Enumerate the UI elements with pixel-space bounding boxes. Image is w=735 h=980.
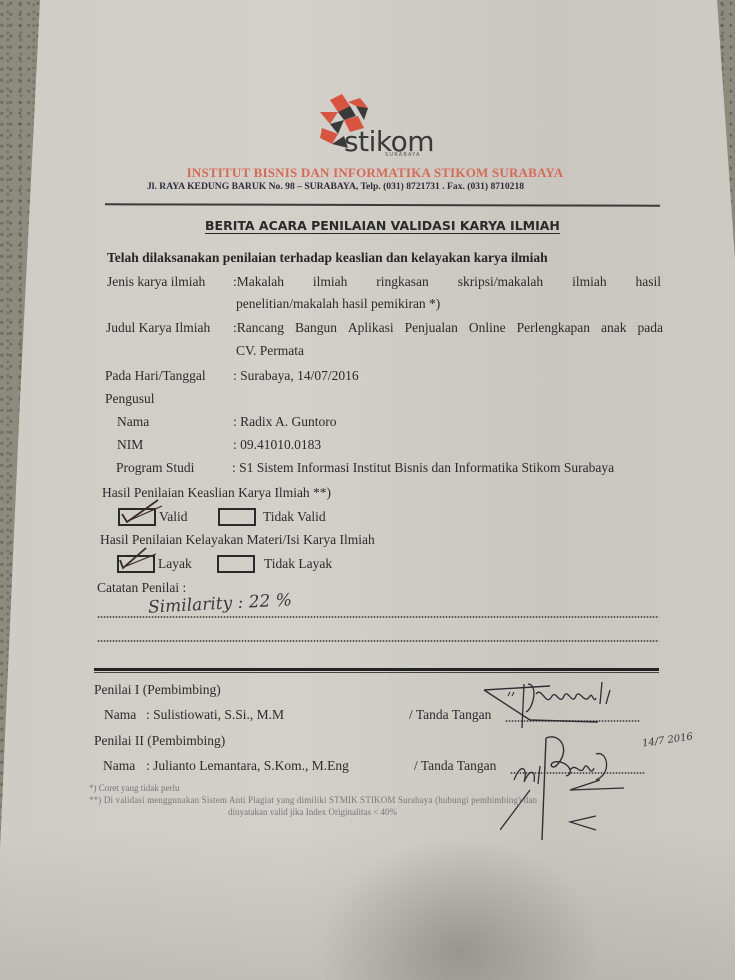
- nim-value: : 09.41010.0183: [233, 437, 321, 453]
- option-valid-label: Valid: [159, 509, 188, 525]
- section-divider: [94, 668, 659, 673]
- value-word: ringkasan: [376, 274, 428, 290]
- pengusul-label: Pengusul: [105, 391, 155, 407]
- institution-address: Jl. RAYA KEDUNG BARUK No. 98 – SURABAYA,…: [147, 181, 524, 192]
- logo-subtitle: SURABAYA: [385, 152, 421, 158]
- keaslian-label: Hasil Penilaian Keaslian Karya Ilmiah **…: [102, 485, 331, 501]
- document-title: BERITA ACARA PENILAIAN VALIDASI KARYA IL…: [205, 218, 560, 233]
- value-word: pada: [637, 320, 662, 336]
- value-word: hasil: [635, 274, 661, 290]
- reviewer2-signature-label: / Tanda Tangan: [414, 758, 496, 774]
- footnote-2-line2: dinyatakan valid jika Index Originalitas…: [228, 807, 397, 817]
- signature-icon: [478, 678, 648, 736]
- kelayakan-label: Hasil Penilaian Kelayakan Materi/Isi Kar…: [100, 532, 375, 548]
- checkbox-tidak-valid[interactable]: [218, 508, 256, 526]
- prodi-value: : S1 Sistem Informasi Institut Bisnis da…: [232, 460, 614, 476]
- reviewer2-heading: Penilai II (Pembimbing): [94, 733, 225, 749]
- jenis-label: Jenis karya ilmiah: [107, 274, 205, 290]
- checkbox-valid[interactable]: [118, 508, 156, 526]
- tanggal-value: : Surabaya, 14/07/2016: [233, 368, 359, 384]
- option-tidak-valid-label: Tidak Valid: [263, 509, 326, 525]
- tanggal-label: Pada Hari/Tanggal: [105, 368, 206, 384]
- checkbox-layak[interactable]: [117, 555, 155, 573]
- nama-value: : Radix A. Guntoro: [233, 414, 337, 430]
- value-word: Penjualan: [405, 320, 458, 336]
- option-tidak-layak-label: Tidak Layak: [264, 556, 332, 572]
- value-word: :Rancang: [233, 320, 284, 336]
- value-word: :Makalah: [233, 274, 284, 290]
- footnote-1: *) Coret yang tidak perlu: [89, 783, 179, 793]
- judul-label: Judul Karya Ilmiah: [106, 320, 210, 336]
- notes-line-2: [97, 640, 659, 642]
- value-word: Bangun: [295, 320, 337, 336]
- value-word: Online: [469, 320, 506, 336]
- notes-label: Catatan Penilai :: [97, 580, 186, 596]
- prodi-label: Program Studi: [116, 460, 194, 476]
- reviewer2-name-label: Nama: [103, 758, 135, 774]
- value-word: skripsi/makalah: [458, 274, 543, 290]
- judul-value-line2: CV. Permata: [236, 343, 304, 359]
- jenis-value-line1: :Makalahilmiahringkasanskripsi/makalahil…: [233, 274, 661, 290]
- signature-icon: [500, 730, 650, 840]
- notes-line-1: [97, 616, 659, 618]
- value-word: Aplikasi: [348, 320, 394, 336]
- intro-statement: Telah dilaksanakan penilaian terhadap ke…: [107, 250, 548, 266]
- reviewer1-name-value: : Sulistiowati, S.Si., M.M: [146, 707, 284, 723]
- value-word: anak: [601, 320, 626, 336]
- reviewer2-name-value: : Julianto Lemantara, S.Kom., M.Eng: [146, 758, 349, 774]
- value-word: Perlengkapan: [517, 320, 590, 336]
- judul-value-line1: :RancangBangunAplikasiPenjualanOnlinePer…: [233, 320, 663, 336]
- nama-label: Nama: [117, 414, 149, 430]
- institution-name: INSTITUT BISNIS DAN INFORMATIKA STIKOM S…: [180, 165, 570, 181]
- value-word: ilmiah: [572, 274, 607, 290]
- jenis-value-line2: penelitian/makalah hasil pemikiran *): [236, 296, 440, 312]
- value-word: ilmiah: [313, 274, 348, 290]
- reviewer1-name-label: Nama: [104, 707, 136, 723]
- checkbox-tidak-layak[interactable]: [217, 555, 255, 573]
- reviewer1-heading: Penilai I (Pembimbing): [94, 682, 221, 698]
- nim-label: NIM: [117, 437, 143, 453]
- footnote-2-line1: **) Di validasi menggunakan Sistem Anti …: [89, 795, 537, 805]
- option-layak-label: Layak: [158, 556, 192, 572]
